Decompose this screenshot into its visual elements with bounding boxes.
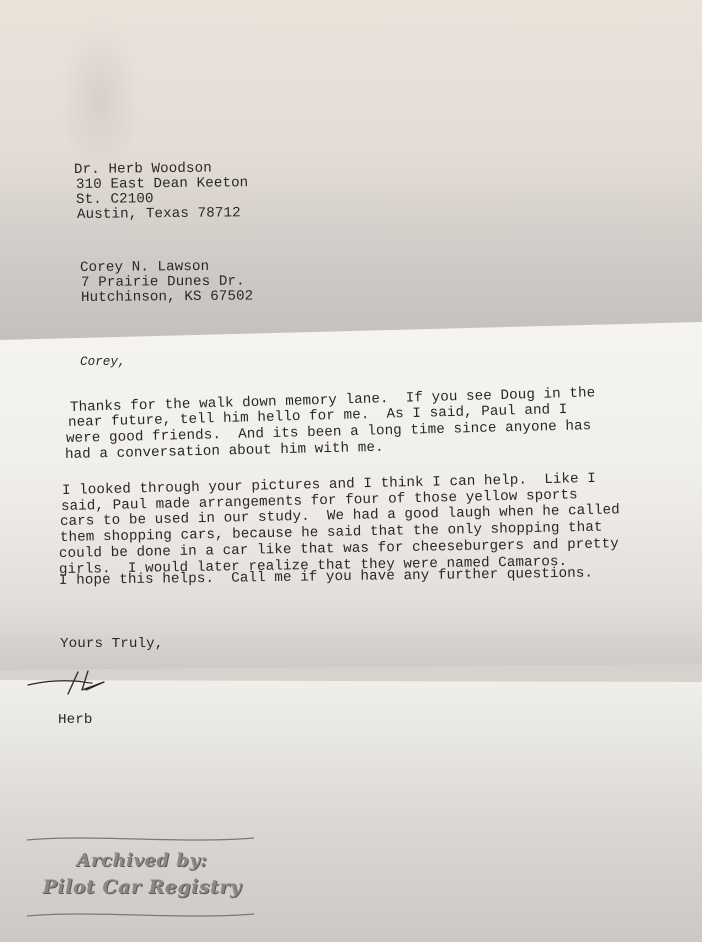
signer-name: Herb bbox=[58, 712, 92, 728]
watermark-line-1: Archived by: bbox=[22, 850, 262, 871]
watermark-line-2: Pilot Car Registry bbox=[22, 876, 262, 898]
recipient-city-state-zip: Hutchinson, KS 67502 bbox=[81, 288, 253, 306]
handwritten-signature-icon bbox=[26, 668, 116, 698]
sender-street: 310 East Dean Keeton bbox=[76, 175, 248, 193]
sender-city-state-zip: Austin, Texas 78712 bbox=[77, 205, 241, 223]
salutation: Corey, bbox=[80, 354, 126, 370]
closing: Yours Truly, bbox=[60, 636, 163, 652]
archive-watermark: Archived by: Pilot Car Registry bbox=[22, 832, 262, 922]
